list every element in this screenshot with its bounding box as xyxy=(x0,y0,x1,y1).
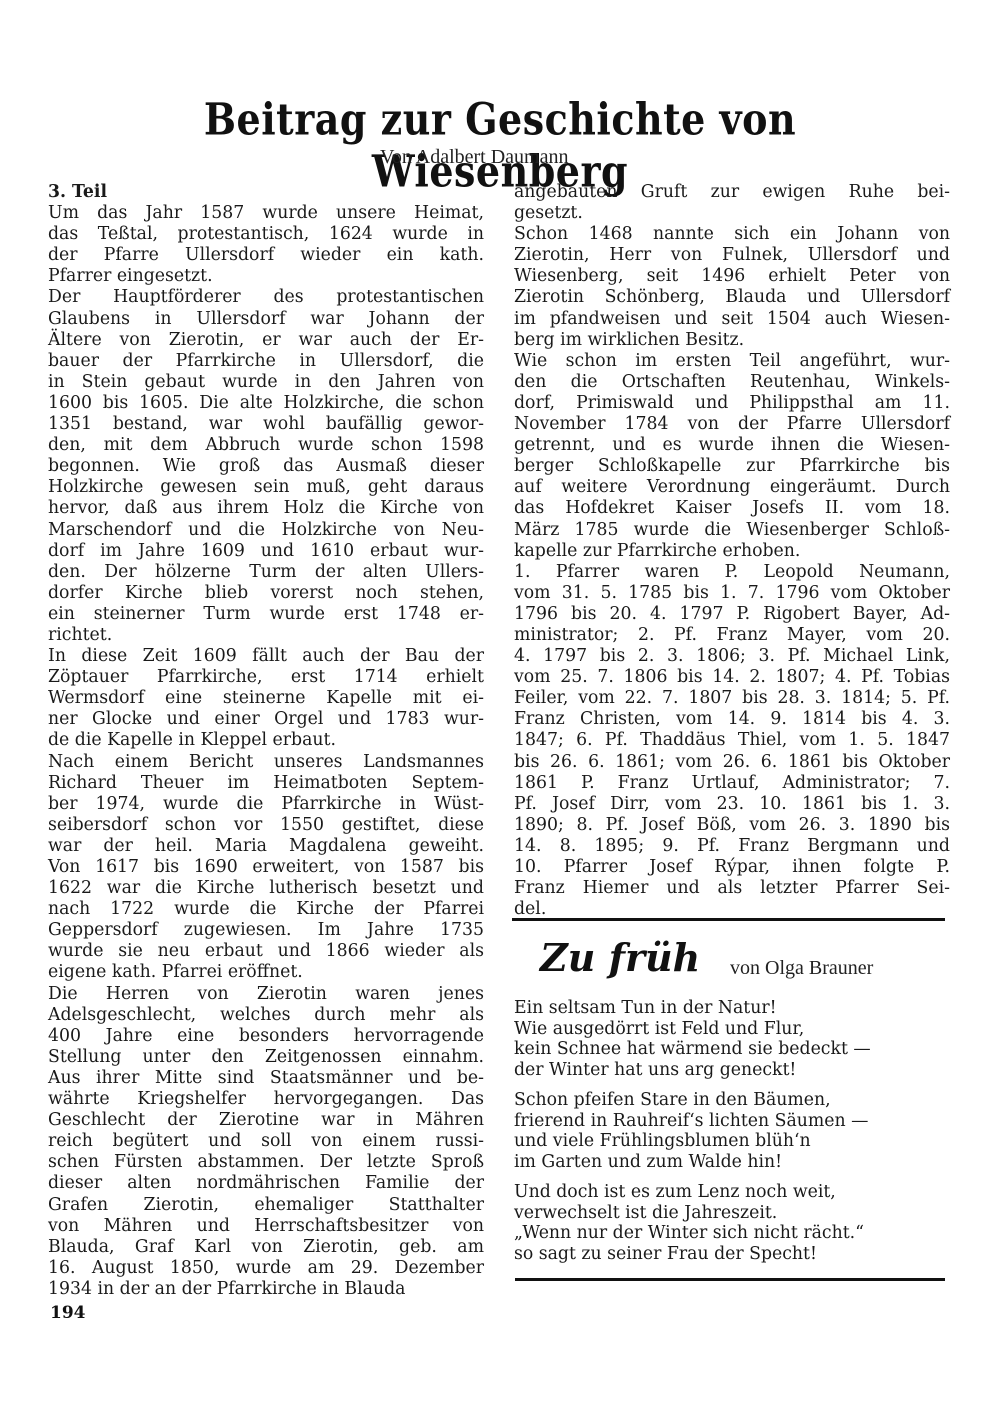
text-line: von Mähren und Herrschaftsbesitzer von xyxy=(48,1216,484,1237)
text-line: Wermsdorf eine steinerne Kapelle mit ei- xyxy=(48,688,484,709)
poem-verse: Schon pfeifen Stare in den Bäumen, xyxy=(514,1090,954,1111)
poem-stanza: Schon pfeifen Stare in den Bäumen,friere… xyxy=(514,1090,954,1172)
text-line: de die Kapelle in Kleppel erbaut. xyxy=(48,730,484,751)
text-line: Zierotin, Herr von Fulnek, Ullersdorf un… xyxy=(514,245,950,266)
article-right-column: angebauten Gruft zur ewigen Ruhe bei-ges… xyxy=(514,182,950,920)
text-line: gesetzt. xyxy=(514,203,950,224)
article-byline: Von Adalbert Daumann xyxy=(380,146,569,169)
poem-stanza: Ein seltsam Tun in der Natur!Wie ausgedö… xyxy=(514,998,954,1080)
text-line: vom 31. 5. 1785 bis 1. 7. 1796 vom Oktob… xyxy=(514,583,950,604)
text-line: Stellung unter den Zeitgenossen einnahm. xyxy=(48,1047,484,1068)
text-line: Pf. Josef Dirr, vom 23. 10. 1861 bis 1. … xyxy=(514,794,950,815)
poem-top-divider xyxy=(512,918,945,921)
poem-stanza: Und doch ist es zum Lenz noch weit,verwe… xyxy=(514,1182,954,1264)
text-line: Marschendorf und die Holzkirche von Neu- xyxy=(48,520,484,541)
text-line: nach 1722 wurde die Kirche der Pfarrei xyxy=(48,899,484,920)
poem-verse: „Wenn nur der Winter sich nicht rächt.“ xyxy=(514,1223,954,1244)
text-line: In diese Zeit 1609 fällt auch der Bau de… xyxy=(48,646,484,667)
poem-verse: Und doch ist es zum Lenz noch weit, xyxy=(514,1182,954,1203)
text-line: bis 26. 6. 1861; vom 26. 6. 1861 bis Okt… xyxy=(514,752,950,773)
poem-verse: verwechselt ist die Jahreszeit. xyxy=(514,1203,954,1224)
document-page: Beitrag zur Geschichte von Wiesenberg Vo… xyxy=(0,0,1000,1413)
poem-title: Zu früh xyxy=(540,935,700,980)
text-line: 400 Jahre eine besonders hervorragende xyxy=(48,1026,484,1047)
text-line: Die Herren von Zierotin waren jenes xyxy=(48,984,484,1005)
text-line: Blauda, Graf Karl von Zierotin, geb. am xyxy=(48,1237,484,1258)
article-left-column: 3. Teil Um das Jahr 1587 wurde unsere He… xyxy=(48,182,484,1300)
poem-verse: und viele Frühlingsblumen blüh‘n xyxy=(514,1131,954,1152)
text-line: ein steinerner Turm wurde erst 1748 er- xyxy=(48,604,484,625)
text-line: den, mit dem Abbruch wurde schon 1598 xyxy=(48,435,484,456)
text-line: das Hofdekret Kaiser Josefs II. vom 18. xyxy=(514,498,950,519)
poem-verse: frierend in Rauhreif‘s lichten Säumen — xyxy=(514,1111,954,1132)
poem-verse: im Garten und zum Walde hin! xyxy=(514,1152,954,1173)
text-line: vom 25. 7. 1806 bis 14. 2. 1807; 4. Pf. … xyxy=(514,667,950,688)
text-line: Adelsgeschlecht, welches durch mehr als xyxy=(48,1005,484,1026)
text-line: Wie schon im ersten Teil angeführt, wur- xyxy=(514,351,950,372)
text-line: dorfer Kirche blieb vorerst noch stehen, xyxy=(48,583,484,604)
text-line: bauer der Pfarrkirche in Ullersdorf, die xyxy=(48,351,484,372)
text-line: reich begütert und soll von einem russi- xyxy=(48,1131,484,1152)
text-line: eigene kath. Pfarrei eröffnet. xyxy=(48,962,484,983)
text-line: war der heil. Maria Magdalena geweiht. xyxy=(48,836,484,857)
text-line: dorf, Primiswald und Philippsthal am 11. xyxy=(514,393,950,414)
text-line: der Pfarre Ullersdorf wieder ein kath. xyxy=(48,245,484,266)
left-column-text: Um das Jahr 1587 wurde unsere Heimat,das… xyxy=(48,203,484,1300)
text-line: hervor, daß aus ihrem Holz die Kirche vo… xyxy=(48,498,484,519)
text-line: das Teßtal, protestantisch, 1624 wurde i… xyxy=(48,224,484,245)
text-line: 1796 bis 20. 4. 1797 P. Rigobert Bayer, … xyxy=(514,604,950,625)
text-line: in Stein gebaut wurde in den Jahren von xyxy=(48,372,484,393)
right-column-text: angebauten Gruft zur ewigen Ruhe bei-ges… xyxy=(514,182,950,920)
text-line: Feiler, vom 22. 7. 1807 bis 28. 3. 1814;… xyxy=(514,688,950,709)
text-line: Pfarrer eingesetzt. xyxy=(48,266,484,287)
text-line: November 1784 von der Pfarre Ullersdorf xyxy=(514,414,950,435)
text-line: 4. 1797 bis 2. 3. 1806; 3. Pf. Michael L… xyxy=(514,646,950,667)
poem-header: Zu früh von Olga Brauner xyxy=(540,935,960,985)
poem-author: von Olga Brauner xyxy=(730,957,873,980)
text-line: Ältere von Zierotin, er war auch der Er- xyxy=(48,330,484,351)
text-line: Franz Hiemer und als letzter Pfarrer Sei… xyxy=(514,878,950,899)
poem-body: Ein seltsam Tun in der Natur!Wie ausgedö… xyxy=(514,998,954,1274)
text-line: dorf im Jahre 1609 und 1610 erbaut wur- xyxy=(48,541,484,562)
text-line: Von 1617 bis 1690 erweitert, von 1587 bi… xyxy=(48,857,484,878)
text-line: Glaubens in Ullersdorf war Johann der xyxy=(48,309,484,330)
text-line: ministrator; 2. Pf. Franz Mayer, vom 20. xyxy=(514,625,950,646)
poem-verse: so sagt zu seiner Frau der Specht! xyxy=(514,1244,954,1265)
text-line: getrennt, und es wurde ihnen die Wiesen- xyxy=(514,435,950,456)
poem-verse: Ein seltsam Tun in der Natur! xyxy=(514,998,954,1019)
text-line: seibersdorf schon vor 1550 gestiftet, di… xyxy=(48,815,484,836)
text-line: ber 1974, wurde die Pfarrkirche in Wüst- xyxy=(48,794,484,815)
text-line: 1861 P. Franz Urtlauf, Administrator; 7. xyxy=(514,773,950,794)
text-line: Holzkirche gewesen sein muß, geht daraus xyxy=(48,477,484,498)
text-line: Richard Theuer im Heimatboten Septem- xyxy=(48,773,484,794)
text-line: März 1785 wurde die Wiesenberger Schloß- xyxy=(514,520,950,541)
text-line: 1351 bestand, war wohl baufällig gewor- xyxy=(48,414,484,435)
poem-bottom-divider xyxy=(515,1278,945,1281)
poem-verse: der Winter hat uns arg geneckt! xyxy=(514,1060,954,1081)
text-line: Franz Christen, vom 14. 9. 1814 bis 4. 3… xyxy=(514,709,950,730)
text-line: währte Kriegshelfer hervorgegangen. Das xyxy=(48,1089,484,1110)
text-line: 10. Pfarrer Josef Rýpar, ihnen folgte P. xyxy=(514,857,950,878)
text-line: den die Ortschaften Reutenhau, Winkels- xyxy=(514,372,950,393)
text-line: den. Der hölzerne Turm der alten Ullers- xyxy=(48,562,484,583)
text-line: Geschlecht der Zierotine war in Mähren xyxy=(48,1110,484,1131)
text-line: kapelle zur Pfarrkirche erhoben. xyxy=(514,541,950,562)
text-line: 1. Pfarrer waren P. Leopold Neumann, xyxy=(514,562,950,583)
text-line: Geppersdorf zugewiesen. Im Jahre 1735 xyxy=(48,920,484,941)
text-line: Nach einem Bericht unseres Landsmannes xyxy=(48,752,484,773)
text-line: 1847; 6. Pf. Thaddäus Thiel, vom 1. 5. 1… xyxy=(514,730,950,751)
text-line: begonnen. Wie groß das Ausmaß dieser xyxy=(48,456,484,477)
text-line: auf weitere Verordnung eingeräumt. Durch xyxy=(514,477,950,498)
text-line: Zierotin Schönberg, Blauda und Ullersdor… xyxy=(514,287,950,308)
text-line: 1934 in der an der Pfarrkirche in Blauda xyxy=(48,1279,484,1300)
text-line: berg im wirklichen Besitz. xyxy=(514,330,950,351)
text-line: dieser alten nordmährischen Familie der xyxy=(48,1173,484,1194)
text-line: richtet. xyxy=(48,625,484,646)
text-line: ner Glocke und einer Orgel und 1783 wur- xyxy=(48,709,484,730)
poem-verse: Wie ausgedörrt ist Feld und Flur, xyxy=(514,1019,954,1040)
section-label: 3. Teil xyxy=(48,182,484,203)
text-line: Zöptauer Pfarrkirche, erst 1714 erhielt xyxy=(48,667,484,688)
text-line: 14. 8. 1895; 9. Pf. Franz Bergmann und xyxy=(514,836,950,857)
poem-verse: kein Schnee hat wärmend sie bedeckt — xyxy=(514,1039,954,1060)
text-line: 16. August 1850, wurde am 29. Dezember xyxy=(48,1258,484,1279)
text-line: Der Hauptförderer des protestantischen xyxy=(48,287,484,308)
text-line: Schon 1468 nannte sich ein Johann von xyxy=(514,224,950,245)
text-line: angebauten Gruft zur ewigen Ruhe bei- xyxy=(514,182,950,203)
text-line: berger Schloßkapelle zur Pfarrkirche bis xyxy=(514,456,950,477)
text-line: Um das Jahr 1587 wurde unsere Heimat, xyxy=(48,203,484,224)
text-line: Aus ihrer Mitte sind Staatsmänner und be… xyxy=(48,1068,484,1089)
text-line: wurde sie neu erbaut und 1866 wieder als xyxy=(48,941,484,962)
text-line: 1600 bis 1605. Die alte Holzkirche, die … xyxy=(48,393,484,414)
text-line: schen Fürsten abstammen. Der letzte Spro… xyxy=(48,1152,484,1173)
text-line: Wiesenberg, seit 1496 erhielt Peter von xyxy=(514,266,950,287)
text-line: im pfandweisen und seit 1504 auch Wiesen… xyxy=(514,309,950,330)
page-number: 194 xyxy=(50,1303,86,1323)
text-line: 1622 war die Kirche lutherisch besetzt u… xyxy=(48,878,484,899)
text-line: 1890; 8. Pf. Josef Böß, vom 26. 3. 1890 … xyxy=(514,815,950,836)
text-line: Grafen Zierotin, ehemaliger Statthalter xyxy=(48,1195,484,1216)
